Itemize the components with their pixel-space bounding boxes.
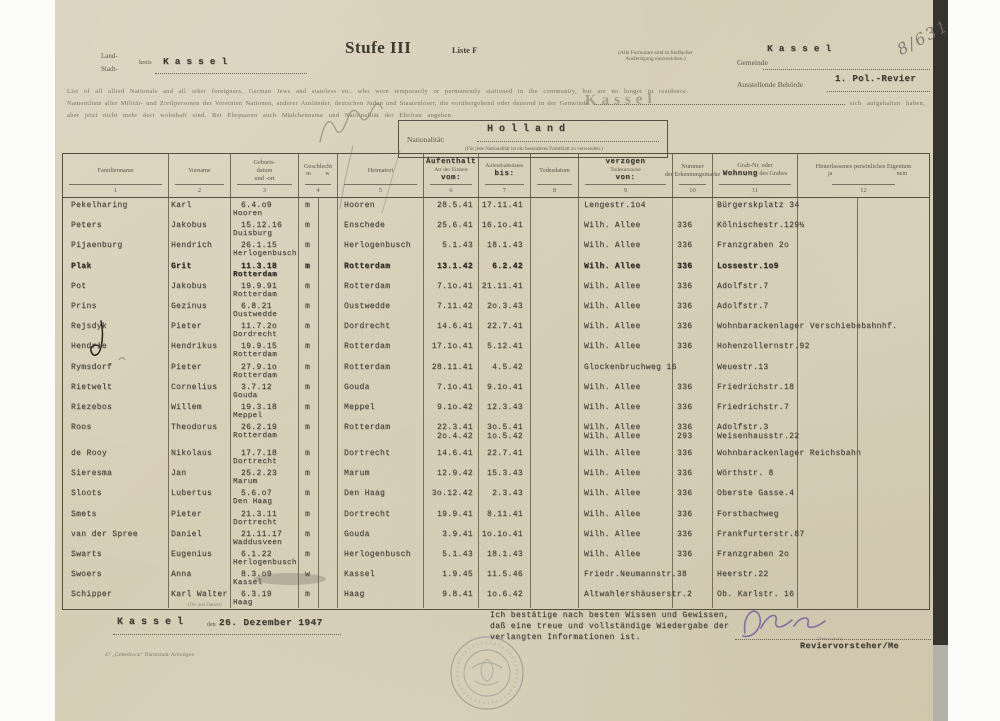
cell-heimatort: Haag (338, 587, 424, 607)
cell-familienname: Roos (63, 420, 169, 446)
confirmation-line1: Ich bestätige nach besten Wissen und Gew… (490, 610, 729, 621)
cell-todesdatum (531, 380, 579, 400)
cell-heimatort: Enschede (338, 218, 424, 238)
page-title: Stufe III (345, 38, 411, 58)
cell-geschlecht: m (299, 547, 338, 567)
cell-eigentum (798, 446, 929, 466)
cell-geburt: 17.7.18Dortrecht (231, 446, 299, 466)
cell-heimatort: Rotterdam (338, 339, 424, 359)
cell-wohnung: Bürgerskplatz 34 (713, 198, 798, 218)
cell-familienname: Swarts (63, 547, 169, 567)
cell-vorname: Nikolaus (169, 446, 231, 466)
cell-wohnung: Oberste Gasse.4 (713, 486, 798, 506)
cell-bis: 8.11.41 (479, 507, 531, 527)
cell-wohnung: Forstbachweg (713, 507, 798, 527)
cell-bis: 9.1o.41 (479, 380, 531, 400)
nationality-note: (Für jede Nationalität ist ein besondere… (405, 146, 663, 152)
cell-wohnung: Adolfstr.7 (713, 299, 798, 319)
print-credit: 47 „Gebedruck“ Darmstadt-Arheilgen (105, 652, 194, 658)
confirmation-line2: daß eine treue und vollständige Wiederga… (490, 621, 729, 632)
cell-heimatort: Dortrecht (338, 507, 424, 527)
footer-den: den (207, 622, 216, 628)
column-number: 4 (305, 184, 331, 197)
cell-heimatort: Dortrecht (338, 446, 424, 466)
cell-vom: 7.1o.41 (424, 279, 479, 299)
cell-todesdatum (531, 507, 579, 527)
cell-geburt: 25.2.23Marum (231, 466, 299, 486)
cell-vom: 19.9.41 (424, 507, 479, 527)
cell-nummer: 336 (673, 299, 713, 319)
cell-familienname: Riezebos (63, 400, 169, 420)
cell-bis: 3o.5.411o.5.42 (479, 420, 531, 446)
cell-geburt: 6.8.21Oustwedde (231, 299, 299, 319)
cell-bis: 6.2.42 (479, 259, 531, 279)
cell-verzogen: Wilh. Allee (579, 319, 673, 339)
cell-vorname: Pieter (169, 507, 231, 527)
cell-vorname: Hendrikus (169, 339, 231, 359)
cell-nummer: 336 (673, 547, 713, 567)
scan-edge-dark (933, 0, 948, 645)
cell-geschlecht: m (299, 486, 338, 506)
cell-eigentum (798, 238, 929, 258)
cell-geburt: 19.9.91Rotterdam (231, 279, 299, 299)
cell-verzogen: Glockenbruchweg 16 (579, 360, 673, 380)
cell-heimatort: Rotterdam (338, 420, 424, 446)
header-label-w: w (325, 171, 329, 178)
cell-eigentum (798, 319, 929, 339)
cell-wohnung: Wohnbarackenlager Reichsbahn (713, 446, 798, 466)
cell-vom: 3.9.41 (424, 527, 479, 547)
cell-todesdatum (531, 339, 579, 359)
cell-familienname: Sloots (63, 486, 169, 506)
cell-geschlecht: m (299, 380, 338, 400)
cell-todesdatum (531, 360, 579, 380)
cell-eigentum (798, 198, 929, 218)
header-label: und -ort (231, 175, 298, 182)
cell-todesdatum (531, 238, 579, 258)
cell-eigentum (798, 587, 929, 607)
header-label-m: m (306, 171, 311, 178)
cell-vom: 1.9.45 (424, 567, 479, 587)
footer-datum: 26. Dezember 1947 (219, 617, 323, 628)
cell-todesdatum (531, 420, 579, 446)
cell-geschlecht: m (299, 319, 338, 339)
kreis-dotted-line (155, 72, 307, 74)
kreis-value: Kassel (163, 56, 233, 67)
cell-familienname: Smets (63, 507, 169, 527)
cell-vom: 14.6.41 (424, 319, 479, 339)
header-aufenthalt-vom: Aufenthalt Art der Einheit vom: 6 (424, 154, 479, 197)
cell-heimatort: Rotterdam (338, 259, 424, 279)
cell-geburt: 6.1.22Herlogenbusch (231, 547, 299, 567)
kassel-stamp: Kassel (585, 91, 657, 110)
form-note: (Alle Formulare sind in fünffacher Ausfe… (588, 50, 723, 62)
instruction-german-1-end: sich aufgehalten haben, (850, 100, 925, 107)
nationality-label: Nationalität: (407, 135, 445, 144)
cell-nummer: 336 (673, 218, 713, 238)
cell-geschlecht: m (299, 299, 338, 319)
cell-familienname: van der Spree (63, 527, 169, 547)
cell-nummer: 336 (673, 339, 713, 359)
footer-ort: Kassel (117, 617, 189, 628)
table-row: SlootsLubertus5.6.o7Den HaagmDen Haag3o.… (63, 486, 929, 506)
cell-eigentum (798, 339, 929, 359)
header-label: Familienname (63, 167, 168, 174)
cell-eigentum (798, 218, 929, 238)
cell-vom: 12.9.42 (424, 466, 479, 486)
cell-geschlecht: m (299, 259, 338, 279)
column-number: 2 (175, 184, 224, 197)
cell-eigentum (798, 466, 929, 486)
cell-todesdatum (531, 486, 579, 506)
cell-bis: 2o.3.43 (479, 299, 531, 319)
cell-wohnung: Friedrichstr.7 (713, 400, 798, 420)
cell-familienname: Rymsdorf (63, 360, 169, 380)
ort-datum-caption: (Ort und Datum) (188, 603, 222, 608)
cell-verzogen: Wilh. Allee (579, 527, 673, 547)
cell-geburt: 6.3.19Haag (231, 587, 299, 607)
cell-geburt: 21.11.17Waddusveen (231, 527, 299, 547)
header-heimatort: Heimatort 5 (338, 154, 424, 197)
cell-todesdatum (531, 446, 579, 466)
column-number: 6 (430, 184, 472, 197)
cell-heimatort: Meppel (338, 400, 424, 420)
cell-vom: 28.5.41 (424, 198, 479, 218)
cell-eigentum (798, 567, 929, 587)
cell-vom: 9.8.41 (424, 587, 479, 607)
cell-vorname: Pieter (169, 360, 231, 380)
header-grab-wohnung: Grab-Nr. oder Wohnung des Grabes 11 (713, 154, 798, 197)
column-number: 7 (485, 184, 524, 197)
cell-bis: 15.3.43 (479, 466, 531, 486)
cell-bis: 22.7.41 (479, 446, 531, 466)
cell-geschlecht: m (299, 400, 338, 420)
cell-nummer: 336 (673, 259, 713, 279)
cell-bis: 12.3.43 (479, 400, 531, 420)
typed-overlay: bis: (479, 171, 530, 178)
cell-geburt: 11.7.2oDordrecht (231, 319, 299, 339)
column-number: 9 (585, 184, 666, 197)
nationality-dotted-line (477, 140, 659, 142)
form-note-line2: Ausfertigung einzureichen.) (588, 56, 723, 62)
cell-wohnung: Heerstr.22 (713, 567, 798, 587)
cell-bis: 2.3.43 (479, 486, 531, 506)
cell-bis: 4.5.42 (479, 360, 531, 380)
cell-geburt: 27.9.1oRotterdam (231, 360, 299, 380)
cell-nummer (673, 360, 713, 380)
cell-verzogen: Wilh. Allee (579, 466, 673, 486)
cell-vorname: Eugenius (169, 547, 231, 567)
cell-verzogen: Wilh. AlleeWilh. Allee (579, 420, 673, 446)
cell-todesdatum (531, 466, 579, 486)
cell-bis: 18.1.43 (479, 547, 531, 567)
kreis-label-land: Land- (101, 52, 118, 60)
column-number: 12 (832, 184, 895, 197)
header-label: Nummer (673, 163, 712, 170)
cell-vom: 25.6.41 (424, 218, 479, 238)
cell-verzogen: Altwahlershäuserstr.2 (579, 587, 673, 607)
cell-bis: 22.7.41 (479, 319, 531, 339)
table-row: RiezebosWillem19.3.18MeppelmMeppel9.1o.4… (63, 400, 929, 420)
cell-vorname: Karl (169, 198, 231, 218)
cell-todesdatum (531, 567, 579, 587)
cell-vom: 7.1o.41 (424, 380, 479, 400)
signature-role: Reviervorsteher/Me (800, 641, 899, 651)
cell-geburt: 6.4.o9Hooren (231, 198, 299, 218)
cell-familienname: Schipper (63, 587, 169, 607)
cell-heimatort: Gouda (338, 380, 424, 400)
cell-todesdatum (531, 527, 579, 547)
cell-vorname: Gezinus (169, 299, 231, 319)
cell-familienname: Prins (63, 299, 169, 319)
column-number: 1 (69, 184, 162, 197)
cell-geschlecht: m (299, 446, 338, 466)
cell-heimatort: Rotterdam (338, 360, 424, 380)
cell-nummer: 336 (673, 527, 713, 547)
kreis-label-kreis: kreis (139, 59, 152, 66)
cell-vorname: Jakobus (169, 218, 231, 238)
gemeinde-value: Kassel (767, 43, 837, 54)
cell-vorname: Pieter (169, 319, 231, 339)
cell-geburt: 5.6.o7Den Haag (231, 486, 299, 506)
cell-bis: 1o.1o.41 (479, 527, 531, 547)
table-row: SwartsEugenius6.1.22HerlogenbuschmHerlog… (63, 547, 929, 567)
cell-heimatort: Gouda (338, 527, 424, 547)
table-row: PekelharingKarl6.4.o9HoorenmHooren28.5.4… (63, 198, 929, 218)
instruction-german-2: aber jetzt nicht mehr dort wohnhaft sind… (67, 112, 453, 119)
signature-handwriting (743, 611, 825, 636)
cell-eigentum (798, 527, 929, 547)
table-body: PekelharingKarl6.4.o9HoorenmHooren28.5.4… (63, 198, 929, 608)
cell-eigentum (798, 400, 929, 420)
cell-geschlecht: m (299, 198, 338, 218)
cell-eigentum (798, 507, 929, 527)
cell-wohnung: Hohenzollernstr.92 (713, 339, 798, 359)
header-label: Vorname (169, 167, 230, 174)
header-label: Grab-Nr. oder (713, 162, 797, 169)
cell-geburt: 21.3.11Dortrecht (231, 507, 299, 527)
behoerde-label: Ausstellende Behörde (737, 80, 803, 89)
cell-eigentum (798, 279, 929, 299)
cell-familienname: Plak (63, 259, 169, 279)
confirmation-text: Ich bestätige nach besten Wissen und Gew… (490, 610, 729, 643)
cell-familienname: Pot (63, 279, 169, 299)
cell-vom: 9.1o.42 (424, 400, 479, 420)
cell-geschlecht: m (299, 466, 338, 486)
cell-wohnung: Lossestr.1o9 (713, 259, 798, 279)
cell-verzogen: Wilh. Allee (579, 339, 673, 359)
table-row: SieresmaJan25.2.23MarummMarum12.9.4215.3… (63, 466, 929, 486)
scan-edge-light (933, 645, 948, 721)
cell-heimatort: Herlogenbusch (338, 238, 424, 258)
liste-label: Liste F (452, 45, 477, 55)
cell-nummer: 336 (673, 380, 713, 400)
table-row: PrinsGezinus6.8.21OustweddemOustwedde7.1… (63, 299, 929, 319)
gemeinde-label: Gemeinde (737, 58, 768, 67)
cell-vom: 3o.12.42 (424, 486, 479, 506)
cell-nummer (673, 198, 713, 218)
confirmation-line3: verlangten Informationen ist. (490, 632, 729, 643)
cell-wohnung: Wörthstr. 8 (713, 466, 798, 486)
cell-bis: 17.11.41 (479, 198, 531, 218)
column-number: 11 (719, 184, 791, 197)
cell-nummer: 336 (673, 486, 713, 506)
header-label: des Grabes (759, 170, 787, 177)
cell-heimatort: Hooren (338, 198, 424, 218)
behoerde-dotted-line (827, 90, 930, 92)
header-label: Hinterlassenes persönliches Eigentum (798, 163, 929, 170)
table-row: RymsdorfPieter27.9.1oRotterdammRotterdam… (63, 360, 929, 380)
cell-wohnung: Franzgraben 2o (713, 547, 798, 567)
cell-verzogen: Wilh. Allee (579, 446, 673, 466)
cell-nummer: 336 (673, 400, 713, 420)
cell-todesdatum (531, 279, 579, 299)
cell-todesdatum (531, 587, 579, 607)
header-vorname: Vorname 2 (169, 154, 231, 197)
cell-todesdatum (531, 218, 579, 238)
cell-eigentum (798, 547, 929, 567)
cell-todesdatum (531, 319, 579, 339)
document: Land- kreis Stadt- Kassel Stufe III List… (55, 0, 933, 721)
cell-wohnung: Friedrichstr.18 (713, 380, 798, 400)
round-stamp-icon (451, 637, 523, 709)
cell-wohnung: Adolfstr.7 (713, 279, 798, 299)
instruction-german-1-text: Namentliste aller Militär- und Zivilpers… (67, 100, 589, 107)
cell-nummer: 336 (673, 238, 713, 258)
column-number: 10 (679, 184, 706, 197)
cell-verzogen: Friedr.Neumannstr.38 (579, 567, 673, 587)
cell-geschlecht: m (299, 279, 338, 299)
instruction-german-1: Namentliste aller Militär- und Zivilpers… (67, 100, 925, 107)
cell-geburt: 11.3.18Rotterdam (231, 259, 299, 279)
header-label-nein: nein (897, 171, 907, 178)
cell-geschlecht: m (299, 420, 338, 446)
cell-verzogen: Wilh. Allee (579, 218, 673, 238)
scanned-page: Land- kreis Stadt- Kassel Stufe III List… (0, 0, 1000, 721)
typed-overlay: verzogen (579, 159, 672, 166)
cell-wohnung: Franzgraben 2o (713, 238, 798, 258)
cell-verzogen: Wilh. Allee (579, 238, 673, 258)
table-row: HendrieHendrikus19.9.15RotterdammRotterd… (63, 339, 929, 359)
cell-todesdatum (531, 400, 579, 420)
cell-vorname: Grit (169, 259, 231, 279)
kreis-label-stadt: Stadt- (101, 65, 118, 73)
typed-overlay: Wohnung (723, 170, 758, 178)
table-row: PetersJakobus15.12.16DuisburgmEnschede25… (63, 218, 929, 238)
cell-verzogen: Wilh. Allee (579, 486, 673, 506)
cell-vom: 13.1.42 (424, 259, 479, 279)
cell-vorname: Jakobus (169, 279, 231, 299)
cell-wohnung: Kölnischestr.129½ (713, 218, 798, 238)
cell-vom: 7.11.42 (424, 299, 479, 319)
cell-vorname: Daniel (169, 527, 231, 547)
cell-geschlecht: m (299, 218, 338, 238)
cell-vorname: Jan (169, 466, 231, 486)
cell-nummer: 336293 (673, 420, 713, 446)
gemeinde-dotted-line (763, 68, 930, 70)
table-row: SmetsPieter21.3.11DortrechtmDortrecht19.… (63, 507, 929, 527)
cell-vorname: Willem (169, 400, 231, 420)
cell-familienname: Pijaenburg (63, 238, 169, 258)
cell-eigentum (798, 380, 929, 400)
table-row: PlakGrit11.3.18RotterdammRotterdam13.1.4… (63, 259, 929, 279)
header-label: Todesdatum (531, 167, 578, 174)
cell-geschlecht: m (299, 507, 338, 527)
cell-geburt: 15.12.16Duisburg (231, 218, 299, 238)
cell-verzogen: Wilh. Allee (579, 507, 673, 527)
cell-bis: 16.1o.41 (479, 218, 531, 238)
cell-geschlecht: m (299, 339, 338, 359)
cell-geschlecht: m (299, 238, 338, 258)
cell-vom: 22.3.412o.4.42 (424, 420, 479, 446)
cell-heimatort: Oustwedde (338, 299, 424, 319)
nationality-value: Holland (487, 124, 571, 135)
cell-geburt: 19.3.18Meppel (231, 400, 299, 420)
signature-dotted-line (735, 638, 931, 640)
cell-familienname: Sieresma (63, 466, 169, 486)
cell-eigentum (798, 486, 929, 506)
cell-heimatort: Dordrecht (338, 319, 424, 339)
cell-familienname: Peters (63, 218, 169, 238)
cell-heimatort: Herlogenbusch (338, 547, 424, 567)
cell-wohnung: Frankfurterstr.87 (713, 527, 798, 547)
cell-vorname: Anna (169, 567, 231, 587)
cell-heimatort: Den Haag (338, 486, 424, 506)
header-aufenthalt-bis: Aufenthaltsdaten bis: 7 (479, 154, 531, 197)
cell-wohnung: Wohnbarackenlager Verschiebebahnhf. (713, 319, 798, 339)
table-row: PotJakobus19.9.91RotterdammRotterdam7.1o… (63, 279, 929, 299)
cell-wohnung: Weuestr.13 (713, 360, 798, 380)
cell-wohnung: Ob. Karlstr. 16 (713, 587, 798, 607)
column-number: 5 (344, 184, 417, 197)
cell-eigentum (798, 360, 929, 380)
header-todesdatum: Todesdatum 8 (531, 154, 579, 197)
cell-todesdatum (531, 259, 579, 279)
cell-geschlecht: w (299, 567, 338, 587)
cell-wohnung: Adolfstr.3Weisenhausstr.22 (713, 420, 798, 446)
cell-geburt: 19.9.15Rotterdam (231, 339, 299, 359)
cell-geburt: 26.2.19Rotterdam (231, 420, 299, 446)
cell-vom: 14.6.41 (424, 446, 479, 466)
header-geburtsdatum: Geburts- datum und -ort 3 (231, 154, 299, 197)
cell-geburt: 3.7.12Gouda (231, 380, 299, 400)
cell-nummer (673, 587, 713, 607)
cell-bis: 5.12.41 (479, 339, 531, 359)
table-header: Familienname 1 Vorname 2 Geburts- datum … (63, 154, 929, 198)
header-geschlecht: Geschlecht mw 4 (299, 154, 338, 197)
cell-vorname: Hendrich (169, 238, 231, 258)
table-row: de RooyNikolaus17.7.18DortrechtmDortrech… (63, 446, 929, 466)
table-row: RoosTheodorus26.2.19RotterdammRotterdam2… (63, 420, 929, 446)
cell-bis: 11.5.46 (479, 567, 531, 587)
behoerde-value: 1. Pol.-Revier (835, 74, 916, 84)
cell-vorname: Theodorus (169, 420, 231, 446)
cell-verzogen: Wilh. Allee (579, 259, 673, 279)
cell-vorname: Cornelius (169, 380, 231, 400)
typed-overlay: vom: (424, 175, 478, 182)
cell-geschlecht: m (299, 360, 338, 380)
cell-nummer: 336 (673, 279, 713, 299)
table-row: PijaenburgHendrich26.1.15HerlogenbuschmH… (63, 238, 929, 258)
footer-date-dotted-line (113, 633, 341, 635)
cell-verzogen: Wilh. Allee (579, 400, 673, 420)
cell-familienname: Hendrie (63, 339, 169, 359)
cell-familienname: Rietwelt (63, 380, 169, 400)
cell-nummer: 336 (673, 507, 713, 527)
cell-nummer: 336 (673, 319, 713, 339)
cell-geschlecht: m (299, 527, 338, 547)
cell-bis: 18.1.43 (479, 238, 531, 258)
